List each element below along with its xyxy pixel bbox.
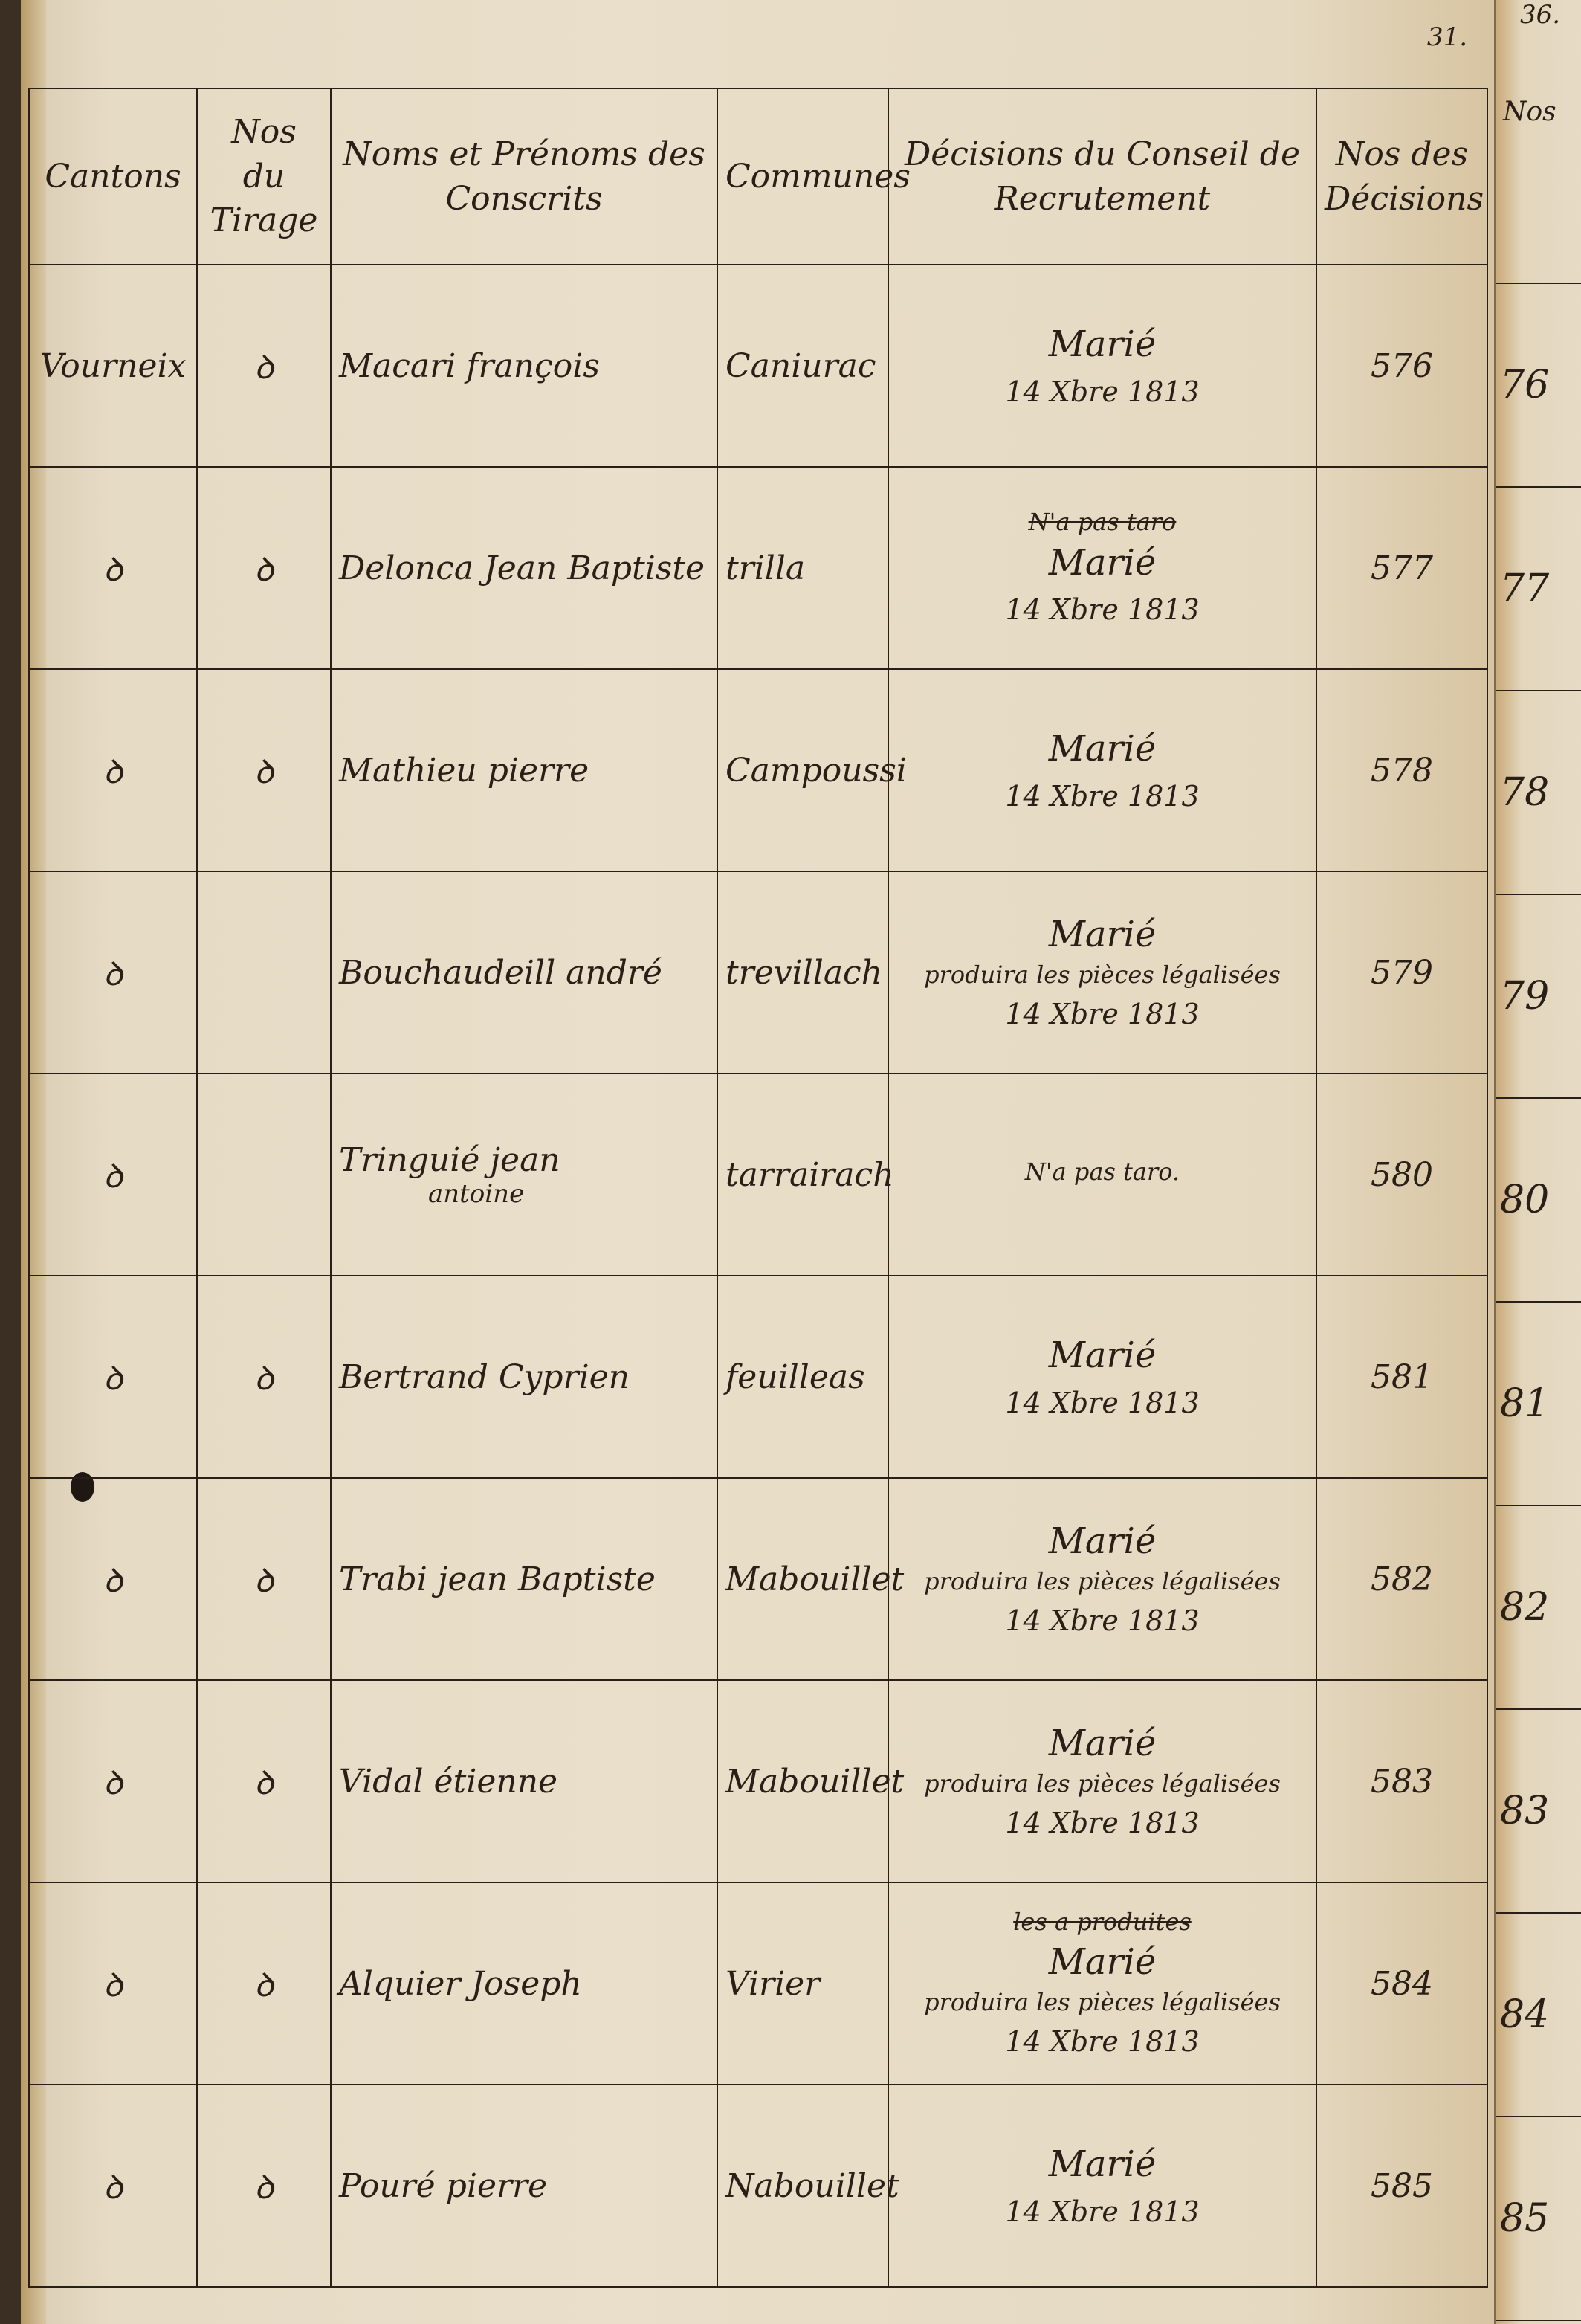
folio-number: 31. [1427, 22, 1467, 52]
cell-decision-number: 585 [1316, 2085, 1487, 2287]
cell-decision: Mariéproduira les pièces légalisées14 Xb… [888, 871, 1316, 1074]
cell-canton: Vourneix [29, 265, 197, 467]
cell-conscript-name: Trabi jean Baptiste [331, 1478, 717, 1680]
cell-decision-number: 582 [1316, 1478, 1487, 1680]
conscript-name: Macari françois [339, 347, 600, 385]
cell-decision: Marié14 Xbre 1813 [888, 265, 1316, 467]
table-row: ꝺꝺMathieu pierreCampoussiMarié14 Xbre 18… [29, 669, 1487, 871]
cell-decision: Mariéproduira les pièces légalisées14 Xb… [888, 1680, 1316, 1882]
adjacent-page-number: 85 [1496, 2117, 1581, 2321]
cell-decision-number: 576 [1316, 265, 1487, 467]
cell-tirage: ꝺ [197, 467, 331, 669]
cell-decision-number: 583 [1316, 1680, 1487, 1882]
cell-canton: ꝺ [29, 2085, 197, 2287]
table-row: ꝺꝺPouré pierreNabouilletMarié14 Xbre 181… [29, 2085, 1487, 2287]
column-header-canton: Cantons [29, 88, 197, 265]
decision-note: produira les pièces légalisées [896, 1986, 1308, 2018]
adjacent-column-header: Nos [1496, 97, 1581, 284]
cell-canton: ꝺ [29, 1276, 197, 1478]
column-header-name: Noms et Prénoms des Conscrits [331, 88, 717, 265]
conscript-name: Delonca Jean Baptiste [339, 549, 705, 587]
cell-decision: Mariéproduira les pièces légalisées14 Xb… [888, 1478, 1316, 1680]
cell-tirage: ꝺ [197, 2085, 331, 2287]
cell-tirage: ꝺ [197, 1680, 331, 1882]
adjacent-page-number: 84 [1496, 1914, 1581, 2117]
cell-commune: tarrairach [717, 1074, 888, 1276]
table-header-row: Cantons Nos du Tirage Noms et Prénoms de… [29, 88, 1487, 265]
cell-decision-number: 579 [1316, 871, 1487, 1074]
decision-status: Marié [896, 320, 1308, 369]
cell-canton: ꝺ [29, 467, 197, 669]
decision-date: 14 Xbre 1813 [896, 995, 1308, 1033]
conscript-name: Trabi jean Baptiste [339, 1560, 656, 1598]
decision-date: 14 Xbre 1813 [896, 2023, 1308, 2061]
cell-decision: les a produitesMariéproduira les pièces … [888, 1882, 1316, 2085]
cell-decision: N'a pas taroMarié14 Xbre 1813 [888, 467, 1316, 669]
cell-decision: Marié14 Xbre 1813 [888, 2085, 1316, 2287]
cell-tirage: ꝺ [197, 1478, 331, 1680]
cell-conscript-name: Alquier Joseph [331, 1882, 717, 2085]
cell-tirage: ꝺ [197, 1276, 331, 1478]
decision-status: Marié [896, 539, 1308, 587]
decision-date: 14 Xbre 1813 [896, 1804, 1308, 1842]
cell-canton: ꝺ [29, 1882, 197, 2085]
column-header-commune: Communes [717, 88, 888, 265]
cell-decision: Marié14 Xbre 1813 [888, 669, 1316, 871]
folio-number-adjacent: 36. [1520, 0, 1560, 30]
table-row: ꝺꝺAlquier JosephVirierles a produitesMar… [29, 1882, 1487, 2085]
decision-status: Marié [896, 1332, 1308, 1380]
cell-canton: ꝺ [29, 1478, 197, 1680]
cell-commune: Mabouillet [717, 1478, 888, 1680]
conscript-name: Mathieu pierre [339, 752, 589, 790]
cell-tirage: ꝺ [197, 669, 331, 871]
conscript-name: Alquier Joseph [339, 1965, 582, 2003]
table-row: ꝺBouchaudeill andrétrevillachMariéprodui… [29, 871, 1487, 1074]
conscript-name: Bertrand Cyprien [339, 1358, 630, 1396]
cell-decision-number: 580 [1316, 1074, 1487, 1276]
decision-note: produira les pièces légalisées [896, 959, 1308, 991]
decision-date: 14 Xbre 1813 [896, 1602, 1308, 1640]
cell-conscript-name: Mathieu pierre [331, 669, 717, 871]
conscript-name: Tringuié jean [339, 1141, 560, 1179]
decision-date: 14 Xbre 1813 [896, 591, 1308, 629]
cell-commune: Campoussi [717, 669, 888, 871]
table-row: VourneixꝺMacari françoisCaniuracMarié14 … [29, 265, 1487, 467]
cell-decision-number: 578 [1316, 669, 1487, 871]
cell-conscript-name: Macari françois [331, 265, 717, 467]
cell-canton: ꝺ [29, 1680, 197, 1882]
table-row: ꝺꝺVidal étienneMabouilletMariéproduira l… [29, 1680, 1487, 1882]
decision-struck-note: les a produites [896, 1906, 1308, 1938]
cell-tirage [197, 871, 331, 1074]
conscription-register-table: Cantons Nos du Tirage Noms et Prénoms de… [28, 88, 1488, 2288]
decision-note: produira les pièces légalisées [896, 1768, 1308, 1800]
column-header-tirage: Nos du Tirage [197, 88, 331, 265]
adjacent-page-number: 76 [1496, 284, 1581, 488]
table-row: ꝺTringuié jeanantoinetarrairachN'a pas t… [29, 1074, 1487, 1276]
cell-commune: Caniurac [717, 265, 888, 467]
table-row: ꝺꝺDelonca Jean BaptistetrillaN'a pas tar… [29, 467, 1487, 669]
decision-status: Marié [896, 911, 1308, 959]
cell-conscript-name: Pouré pierre [331, 2085, 717, 2287]
cell-tirage: ꝺ [197, 265, 331, 467]
cell-tirage [197, 1074, 331, 1276]
cell-commune: Virier [717, 1882, 888, 2085]
cell-commune: trevillach [717, 871, 888, 1074]
cell-tirage: ꝺ [197, 1882, 331, 2085]
cell-commune: Mabouillet [717, 1680, 888, 1882]
decision-status: Marié [896, 1517, 1308, 1566]
decision-status: Marié [896, 1938, 1308, 1986]
cell-commune: trilla [717, 467, 888, 669]
decision-note: produira les pièces légalisées [896, 1566, 1308, 1598]
cell-conscript-name: Delonca Jean Baptiste [331, 467, 717, 669]
decision-status: Marié [896, 725, 1308, 773]
cell-canton: ꝺ [29, 669, 197, 871]
adjacent-page-number: 82 [1496, 1506, 1581, 1710]
cell-canton: ꝺ [29, 1074, 197, 1276]
adjacent-page-number: 80 [1496, 1099, 1581, 1303]
conscript-name: Vidal étienne [339, 1763, 557, 1801]
cell-canton: ꝺ [29, 871, 197, 1074]
adjacent-page-number: 81 [1496, 1303, 1581, 1506]
table-row: ꝺꝺBertrand CyprienfeuilleasMarié14 Xbre … [29, 1276, 1487, 1478]
cell-commune: Nabouillet [717, 2085, 888, 2287]
adjacent-page-number: 83 [1496, 1710, 1581, 1914]
table-row: ꝺꝺTrabi jean BaptisteMabouilletMariéprod… [29, 1478, 1487, 1680]
cell-decision-number: 581 [1316, 1276, 1487, 1478]
decision-struck-note: N'a pas taro [896, 506, 1308, 538]
cell-decision: Marié14 Xbre 1813 [888, 1276, 1316, 1478]
cell-conscript-name: Vidal étienne [331, 1680, 717, 1882]
column-header-decision: Décisions du Conseil de Recrutement [888, 88, 1316, 265]
cell-conscript-name: Bertrand Cyprien [331, 1276, 717, 1478]
column-header-number: Nos des Décisions [1316, 88, 1487, 265]
adjacent-page-column: Nos 76777879808182838485 [1496, 97, 1581, 2321]
conscript-name: Pouré pierre [339, 2167, 547, 2205]
decision-status: Marié [896, 2140, 1308, 2189]
conscript-name-continued: antoine [339, 1179, 709, 1209]
conscript-name: Bouchaudeill andré [339, 954, 662, 992]
decision-note: N'a pas taro. [896, 1156, 1308, 1188]
decision-date: 14 Xbre 1813 [896, 1384, 1308, 1422]
adjacent-page-number: 77 [1496, 488, 1581, 691]
adjacent-page-number: 78 [1496, 691, 1581, 895]
decision-date: 14 Xbre 1813 [896, 373, 1308, 411]
adjacent-page-number: 79 [1496, 895, 1581, 1099]
decision-date: 14 Xbre 1813 [896, 778, 1308, 816]
cell-commune: feuilleas [717, 1276, 888, 1478]
decision-status: Marié [896, 1720, 1308, 1768]
cell-decision-number: 584 [1316, 1882, 1487, 2085]
cell-conscript-name: Bouchaudeill andré [331, 871, 717, 1074]
cell-decision-number: 577 [1316, 467, 1487, 669]
cell-conscript-name: Tringuié jeanantoine [331, 1074, 717, 1276]
decision-date: 14 Xbre 1813 [896, 2193, 1308, 2231]
cell-decision: N'a pas taro. [888, 1074, 1316, 1276]
